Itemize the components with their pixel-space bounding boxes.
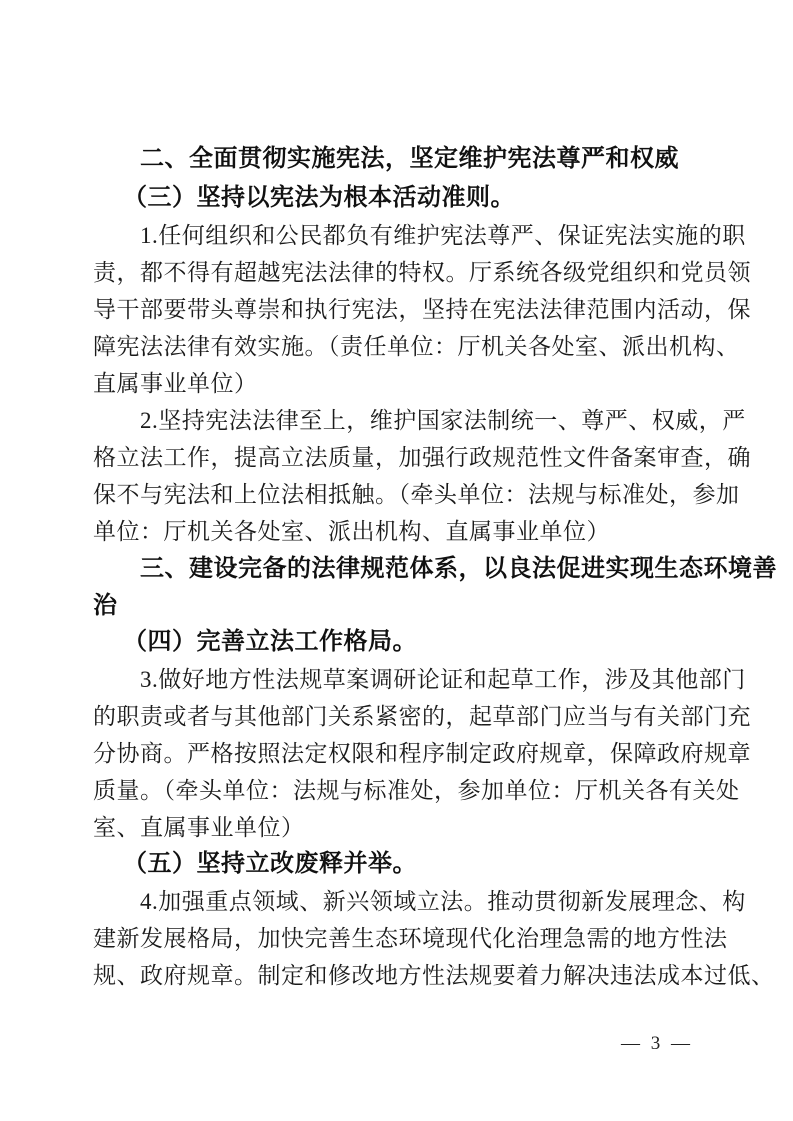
paragraph-3-line: 质量。（牵头单位：法规与标准处，参加单位：厅机关各有关处 [93,772,708,809]
paragraph-3-line: 3.做好地方性法规草案调研论证和起草工作，涉及其他部门 [93,661,708,698]
paragraph-1-line: 障宪法法律有效实施。（责任单位：厅机关各处室、派出机构、 [93,328,708,365]
document-body: 二、全面贯彻实施宪法，坚定维护宪法尊严和权威 （三）坚持以宪法为根本活动准则。 … [93,140,708,994]
section-heading-3-cont: 治 [93,587,708,624]
paragraph-2-line: 格立法工作，提高立法质量，加强行政规范性文件备案审查，确 [93,439,708,476]
paragraph-4-line: 建新发展格局，加快完善生态环境现代化治理急需的地方性法 [93,920,708,957]
subsection-heading-4: （四）完善立法工作格局。 [93,624,708,661]
paragraph-4-line: 4.加强重点领域、新兴领域立法。推动贯彻新发展理念、构 [93,883,708,920]
paragraph-1-line: 直属事业单位） [93,365,708,402]
paragraph-1-line: 责，都不得有超越宪法法律的特权。厅系统各级党组织和党员领 [93,254,708,291]
document-page: 二、全面贯彻实施宪法，坚定维护宪法尊严和权威 （三）坚持以宪法为根本活动准则。 … [0,0,793,1121]
paragraph-1-line: 1.任何组织和公民都负有维护宪法尊严、保证宪法实施的职 [93,217,708,254]
paragraph-3-line: 的职责或者与其他部门关系紧密的，起草部门应当与有关部门充 [93,698,708,735]
paragraph-1-line: 导干部要带头尊崇和执行宪法，坚持在宪法法律范围内活动，保 [93,291,708,328]
paragraph-4-line: 规、政府规章。制定和修改地方性法规要着力解决违法成本过低、 [93,957,708,994]
paragraph-2-line: 保不与宪法和上位法相抵触。（牵头单位：法规与标准处，参加 [93,476,708,513]
section-heading-2: 二、全面贯彻实施宪法，坚定维护宪法尊严和权威 [93,140,708,177]
section-heading-3: 三、建设完备的法律规范体系，以良法促进实现生态环境善 [93,550,708,587]
paragraph-3-line: 分协商。严格按照法定权限和程序制定政府规章，保障政府规章 [93,735,708,772]
paragraph-2-line: 单位：厅机关各处室、派出机构、直属事业单位） [93,513,708,550]
subsection-heading-3: （三）坚持以宪法为根本活动准则。 [93,180,708,217]
subsection-heading-5: （五）坚持立改废释并举。 [93,846,708,883]
paragraph-2-line: 2.坚持宪法法律至上，维护国家法制统一、尊严、权威，严 [93,402,708,439]
page-number: — 3 — [621,1032,693,1056]
paragraph-3-line: 室、直属事业单位） [93,809,708,846]
